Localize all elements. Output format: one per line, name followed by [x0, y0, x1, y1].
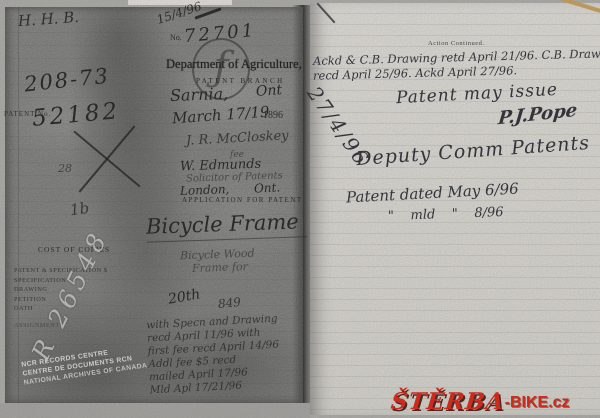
ledger-number-note: 849 [217, 295, 241, 311]
scanner-margin [0, 403, 310, 418]
place-province: Ont [255, 82, 282, 100]
watermark-suffix: -BIKE.cz [505, 394, 570, 412]
flourish-note: 1b [69, 199, 90, 219]
place-city: Sarnia, [170, 84, 229, 105]
filing-year: 1896 [263, 110, 283, 121]
application-label: APPLICATION FOR PATENT [182, 196, 303, 204]
ledger-entries: with Specn and Drawing recd April 11/96 … [146, 313, 281, 398]
agent-province: Ont. [254, 180, 281, 195]
department-header: Department of Agriculture, [166, 57, 302, 72]
scanned-patent-document: H. H. B. 15/4/96 No. 72701 ƒ Department … [0, 0, 600, 418]
cross-mark [70, 128, 140, 192]
form-rule-line [18, 7, 19, 403]
watermark: ŠTĚRBA-BIKE.cz [391, 388, 570, 415]
invention-note-2: Frame for [192, 260, 248, 275]
margin-note: 28 [58, 162, 72, 175]
file-number-label: No. [170, 33, 182, 42]
cross-stroke [79, 125, 136, 192]
watermark-brand: ŠTĚRBA [390, 388, 506, 415]
invention-title: Bicycle Frame [146, 209, 308, 243]
action-continued-header: Action Continued. [428, 40, 485, 47]
